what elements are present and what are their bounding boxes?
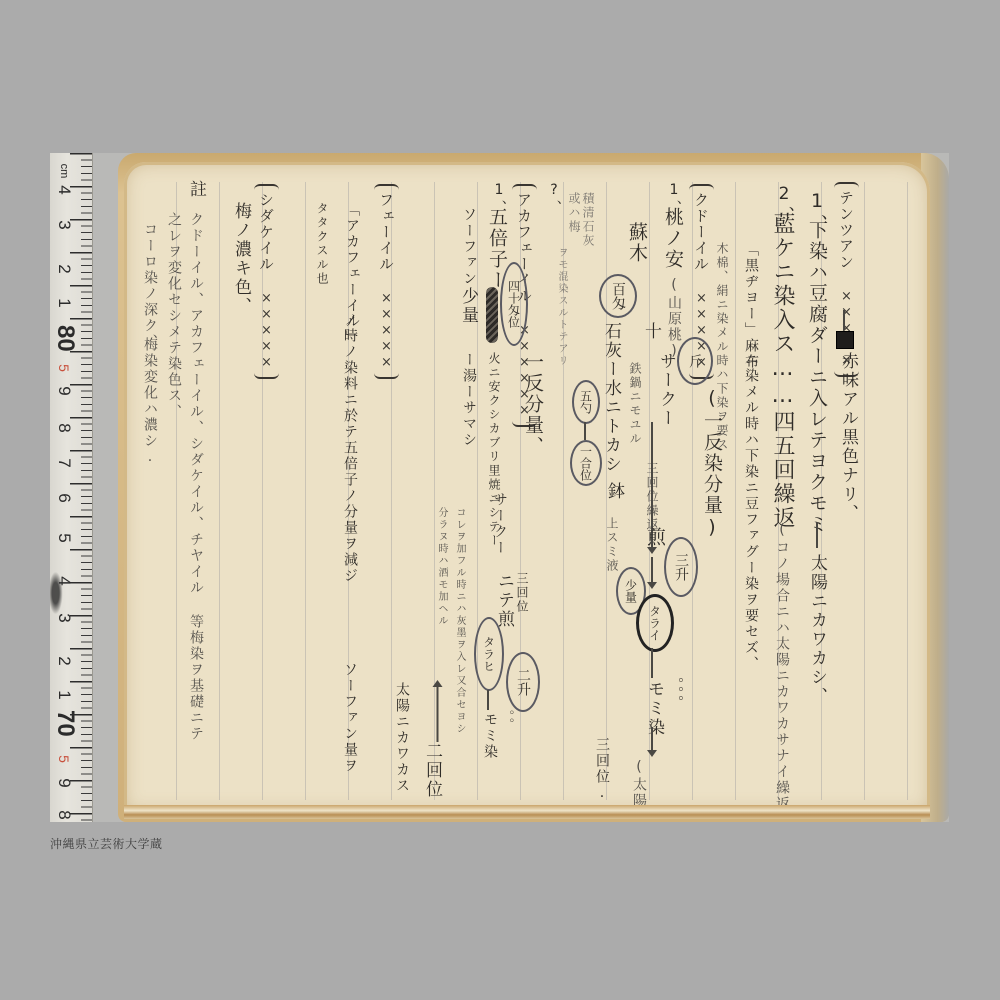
page-bottom-edge <box>124 805 930 819</box>
quote-kurojo: 「黒ヂヨー」麻布 <box>741 242 761 370</box>
supernatant: 上スミ液 <box>604 517 621 573</box>
ruler-label: 7 <box>54 453 74 473</box>
oval-text: 三升 <box>671 553 691 581</box>
oval-text: 百匁 <box>608 282 628 310</box>
connector-line <box>651 648 653 678</box>
heading-feiru: フェーイル ××××× <box>374 184 399 379</box>
heading-text: フェーイル <box>377 192 395 272</box>
ruler-label: 9 <box>54 381 74 401</box>
item2-text: 藍ケニ染入ス……四五回繰返 <box>767 212 798 530</box>
item1-text-sun: 太陽ニカワカシ、 <box>805 554 830 706</box>
ruler-label: 5 <box>54 358 74 378</box>
oval-text: 斤 <box>685 354 705 368</box>
oval-ichigo: 一合位 <box>570 440 602 486</box>
ruler-label: 3 <box>54 215 74 235</box>
ruler-unit-label: cm <box>54 161 74 181</box>
ruler-label: 70 <box>55 710 75 736</box>
oval-tarahi: タラヒ <box>474 617 504 691</box>
notes-line4: 梅染変化ハ濃シ. <box>140 337 160 467</box>
bowl: 鉢 <box>602 482 627 501</box>
notebook-page: テンツアン ××××× 赤味アル黒色ナリ、 1、 下染ハ豆腐ダーニ入レテヨクモミ… <box>124 162 930 812</box>
lime-water: 石灰ー水ニトカシ <box>599 322 624 474</box>
ruler-label: 5 <box>54 749 74 769</box>
dot-marks: 。。。 <box>666 677 686 711</box>
ruler-label: 6 <box>54 488 74 508</box>
oval-sansho: 三升 <box>664 537 698 597</box>
heading-text: クドーイル <box>692 192 710 272</box>
peach-bark: 桃ノ安 <box>660 207 687 270</box>
oval-tarai: タライ <box>636 594 674 652</box>
item2-paren-note: (コノ場合ニハ太陽ニカワカサナイ繰返ス) <box>772 522 792 812</box>
oval-text: 一合位 <box>578 445 595 481</box>
ruler-label: 2 <box>54 259 74 279</box>
connector-line <box>843 310 845 330</box>
crossed-out-text <box>486 287 498 343</box>
oval-nisho: 二升 <box>506 652 540 712</box>
saakuu-label: サークー <box>654 352 679 428</box>
ruler-label: 5 <box>54 528 74 548</box>
notes-line3: コーロ染ノ深ク、 <box>140 222 160 350</box>
connector-line <box>584 422 586 440</box>
heading-marks: ××××× <box>379 291 394 371</box>
oval-hyakumonme: 百匁 <box>599 274 637 318</box>
shidakeiru-description: 梅ノ濃キ色、 <box>229 202 254 316</box>
question-mark: ?、 <box>544 182 564 216</box>
notes-line2: 之レヲ変化セシメテ染色ス、 <box>164 212 184 420</box>
measuring-ruler: cm 4 3 2 1 80 5 9 8 7 6 5 4 3 2 1 70 5 9… <box>50 153 93 822</box>
sappanwood: 蘇木 <box>624 222 651 264</box>
sour-label: ソーファン <box>459 207 479 287</box>
rub-dye: モミ染 <box>480 712 500 760</box>
oval-yonjumonme: 四十匁位 <box>500 262 528 346</box>
dot-marks: 。。 <box>500 710 517 732</box>
rub-dye: モミ染 <box>642 680 667 737</box>
sour-amount: 少量 <box>456 287 481 325</box>
side-note-line3: ヲモ混染スルトテアリ <box>554 247 569 367</box>
heading-text: シダケイル <box>257 192 275 272</box>
oval-text: 五勺 <box>578 390 595 414</box>
plus-sign: 十 <box>639 322 664 341</box>
oval-text: タライ <box>647 605 664 641</box>
black-swatch <box>836 331 854 349</box>
ruler-label: 9 <box>54 773 74 793</box>
feiru-sour: ソーファン <box>340 662 360 742</box>
oval-text: 少量 <box>623 579 640 603</box>
note-no-predye: ニ染メル時ハ下染ニ豆ファグー染ヲ要セズ、 <box>741 352 761 672</box>
heading-shidakeiru: シダケイル ××××× <box>254 184 279 379</box>
ruler-label: 4 <box>54 180 74 200</box>
arrow-up <box>437 682 439 742</box>
ruler-label: 80 <box>55 325 75 351</box>
heading-marks: ××××× <box>259 291 274 371</box>
heading-text: テンツアン <box>837 190 855 270</box>
two-times: 二回位. <box>420 742 445 812</box>
amount-per-roll: 一反分量、 <box>520 352 547 457</box>
ruler-label: 8 <box>54 805 74 822</box>
hot-water-cool: ー湯ーサマシ <box>459 352 479 448</box>
oval-goshaku: 五勺 <box>572 380 600 424</box>
collection-credit: 沖縄県立芸術大学蔵 <box>50 835 163 852</box>
arrow-down <box>651 727 653 755</box>
note-additive-2: 分ラヌ時ハ酒モ加ヘル <box>434 507 449 627</box>
oval-kin: 斤 <box>677 337 713 385</box>
repeat-3x: 三回位繰返 <box>644 462 661 532</box>
item1-text: 下染ハ豆腐ダーニ入レテヨクモミ <box>804 220 831 535</box>
notes-line1: クドーイル、アカフェーイル、シダケイル、チヤイル 等梅染ヲ基礎ニテ <box>186 212 206 742</box>
note-additive: コレヲ加フル時ニハ灰墨ヲ入レ又合セヨシ <box>452 507 467 735</box>
notes-label: 註 <box>184 180 209 199</box>
ruler-label: 1 <box>54 685 74 705</box>
iron-pot: 鉄鍋ニモユル <box>627 362 644 446</box>
amount-per-roll: (一反染分量) <box>699 387 726 540</box>
note-black-color: 赤味アル黒色ナリ、 <box>836 352 861 523</box>
connector-line <box>487 690 489 710</box>
ruler-label: 8 <box>54 418 74 438</box>
dry-in-sun: 太陽ニカワカス <box>392 682 412 794</box>
simmer: 煎 <box>642 527 669 548</box>
saakuu-label: サークー <box>490 492 510 556</box>
oval-text: タラヒ <box>481 636 498 672</box>
feiru-amount: 量ヲ <box>340 742 360 774</box>
three-times: 三回位. <box>592 737 612 803</box>
oval-text: 二升 <box>513 668 533 696</box>
ruler-label: 2 <box>54 651 74 671</box>
ruler-label: 1 <box>54 293 74 313</box>
side-note-line2: 或ハ梅 <box>566 192 583 234</box>
oval-text: 四十匁位 <box>506 280 523 328</box>
ruler-label: 3 <box>54 608 74 628</box>
arrow-down <box>651 557 653 587</box>
feiru-small-note: タタクスル也 <box>314 202 331 286</box>
ruler-label: 4 <box>54 571 74 591</box>
connector-line <box>816 522 818 548</box>
feiru-description: ノ時ノ染料ニ於テ五倍子ノ分量ヲ減ジ <box>340 312 360 584</box>
